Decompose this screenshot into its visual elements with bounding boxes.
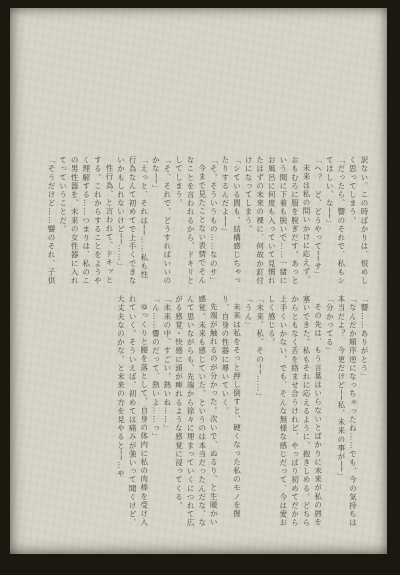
paragraph-line: その先は、もう言葉はいらないとばかりに未来が私の唇を塞いできた。私もそれに応える…	[266, 295, 324, 528]
paragraph-line: 「響……ありがとう」	[358, 295, 370, 528]
text-block-upper: 訳ない。この時ばかりは、恨めしく思ってしまう。「だったら、響のそれで、私もシてほ…	[44, 156, 370, 286]
paragraph-line: 「シている間も、結構感じちゃったりするんだよ──」	[219, 156, 242, 286]
paragraph-line: ゆっくりと腰を落として、自身の体内に私の肉棒を受け入れていく。そういえば、初めて…	[115, 295, 150, 528]
scanned-book-page: 訳ない。この時ばかりは、恨めしく思ってしまう。「だったら、響のそれで、私もシてほ…	[0, 0, 400, 575]
paragraph-line: 「ん……響のだって、熱いよ……っ」	[150, 295, 162, 528]
paragraph-line: 未来は私の問いかけに応えず、おもむろに服を脱ぎだす。あっという間に下着も脱いで……	[242, 156, 312, 286]
paragraph-line: 「そうだけど……響のそれ、子供作るってやつだし、それに、子供作れるように機能して…	[44, 156, 57, 286]
text-block-lower: 「響……ありがとう」「なんだか順序逆になっちゃったね……でも、今の気持ちは本当だ…	[38, 295, 370, 528]
paragraph-line: 「未来、私、その──……」	[254, 295, 266, 528]
paragraph-line: 「未来の中、すごい、熱いね……」	[161, 295, 173, 528]
page-paper: 訳ない。この時ばかりは、恨めしく思ってしまう。「だったら、響のそれで、私もシてほ…	[10, 8, 387, 554]
paragraph-line: 「なんだか順序逆になっちゃったね……でも、今の気持ちは本当だよ？ 今更だけど──…	[335, 295, 358, 528]
paragraph-line: 先端が触れるのが分かった。次いで、ぬるり、と生暖かい感覚。未来も感じていた、とい…	[173, 295, 219, 528]
paragraph-line: 性行為、と言われて、ドキッとする。これからすることをようやく理解する……つまりは…	[57, 156, 115, 286]
paragraph-line: 「えっと、それは──……私も性行為なんて初めてで上手くできないかもしれないけど─…	[115, 156, 150, 286]
paragraph-line: 「ヘ？ ど、どうやって──サ」	[312, 156, 324, 286]
paragraph-line: 「うん」	[242, 295, 254, 528]
paragraph-line: 未来は私をそっと押し倒すと、硬くなった私のモノを握り、自身の性器に導いていく。	[219, 295, 242, 528]
paragraph-line: 「だったら、響のそれで、私もシてほしい、な──」	[324, 156, 347, 286]
paragraph-line: 「そ、それで、どうすればいいのかな──」	[150, 156, 173, 286]
paragraph-line: 「分かってる」	[324, 295, 336, 528]
paragraph-line: 「そ、そういうもの……なのサ」	[208, 156, 220, 286]
paragraph-line: 今まで見たことない表情でそんなことを言われるから、ドキリとしてしまう。	[173, 156, 208, 286]
paragraph-line: 訳ない。この時ばかりは、恨めしく思ってしまう。	[347, 156, 370, 286]
